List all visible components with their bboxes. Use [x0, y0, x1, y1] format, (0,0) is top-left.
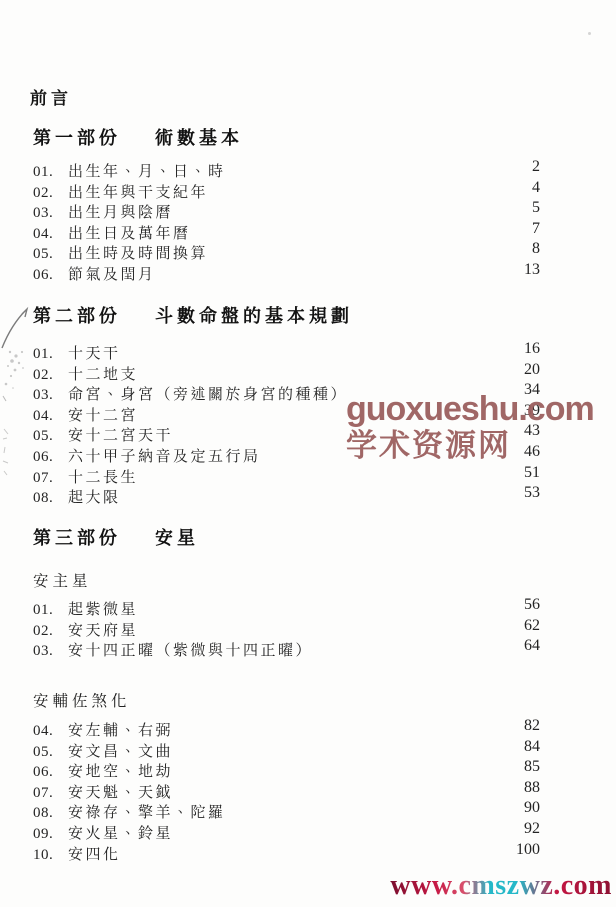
- item-number: 02.: [33, 622, 68, 640]
- item-number: 01.: [33, 345, 68, 363]
- toc-row: 09. 安火星、鈴星 92: [33, 825, 540, 846]
- toc-row: 03. 安十四正曜（紫微與十四正曜） 64: [33, 642, 540, 663]
- item-page-number: 82: [524, 717, 540, 735]
- toc-row: 06. 安地空、地劫 85: [33, 763, 540, 784]
- item-page-number: 85: [524, 758, 540, 776]
- preface-heading: 前言: [30, 84, 72, 109]
- item-page-number: 62: [524, 617, 540, 635]
- item-title: 安十二宮: [68, 407, 524, 425]
- item-number: 08.: [33, 804, 68, 822]
- toc-row: 03. 命宮、身宮（旁述關於身宮的種種） 34: [33, 386, 540, 407]
- item-title: 安十四正曜（紫微與十四正曜）: [68, 642, 524, 660]
- toc-row: 03. 出生月與陰曆 5: [33, 204, 540, 225]
- item-number: 10.: [33, 846, 68, 864]
- part3b-rows: 04. 安左輔、右弼 82 05. 安文昌、文曲 84 06. 安地空、地劫 8…: [33, 722, 540, 866]
- item-page-number: 20: [524, 361, 540, 379]
- item-title: 安祿存、擎羊、陀羅: [68, 804, 524, 822]
- scan-speck: [588, 32, 591, 35]
- subheading-auxiliary-stars: 安輔佐煞化: [33, 689, 131, 711]
- toc-row: 02. 出生年與干支紀年 4: [33, 184, 540, 205]
- item-page-number: 4: [532, 179, 540, 197]
- part3-heading: 第三部份安星: [33, 524, 199, 550]
- toc-row: 10. 安四化 100: [33, 846, 540, 867]
- item-page-number: 92: [524, 820, 540, 838]
- toc-row: 04. 出生日及萬年曆 7: [33, 225, 540, 246]
- item-title: 安天府星: [68, 622, 524, 640]
- item-number: 04.: [33, 225, 68, 243]
- part2-rows: 01. 十天干 16 02. 十二地支 20 03. 命宮、身宮（旁述關於身宮的…: [33, 345, 540, 510]
- toc-row: 01. 出生年、月、日、時 2: [33, 163, 540, 184]
- item-page-number: 5: [532, 199, 540, 217]
- toc-row: 07. 十二長生 51: [33, 469, 540, 490]
- item-title: 出生月與陰曆: [68, 204, 532, 222]
- item-title: 十二長生: [68, 469, 524, 487]
- item-number: 01.: [33, 601, 68, 619]
- item-number: 03.: [33, 204, 68, 222]
- toc-page: 前言 第一部份術數基本 01. 出生年、月、日、時 2 02. 出生年與干支紀年…: [0, 0, 616, 907]
- part2-label: 第二部份: [33, 306, 121, 326]
- part3-title: 安星: [155, 528, 199, 548]
- part1-heading: 第一部份術數基本: [33, 124, 243, 150]
- item-title: 節氣及閏月: [68, 266, 524, 284]
- watermark-bottom-url: www.cmszwz.com: [390, 872, 612, 900]
- item-page-number: 2: [532, 158, 540, 176]
- item-title: 出生時及時間換算: [68, 245, 532, 263]
- part1-title: 術數基本: [155, 128, 243, 148]
- part3a-rows: 01. 起紫微星 56 02. 安天府星 62 03. 安十四正曜（紫微與十四正…: [33, 601, 540, 663]
- item-page-number: 16: [524, 340, 540, 358]
- item-number: 01.: [33, 163, 68, 181]
- toc-row: 06. 六十甲子納音及定五行局 46: [33, 448, 540, 469]
- part1-label: 第一部份: [33, 128, 121, 148]
- item-page-number: 39: [524, 402, 540, 420]
- item-title: 安天魁、天鉞: [68, 784, 524, 802]
- item-title: 十二地支: [68, 366, 524, 384]
- part2-title: 斗數命盤的基本規劃: [155, 306, 353, 326]
- toc-row: 05. 安文昌、文曲 84: [33, 743, 540, 764]
- item-title: 十天干: [68, 345, 524, 363]
- scan-edge-marks: [0, 425, 14, 485]
- item-title: 安十二宮天干: [68, 427, 524, 445]
- item-title: 安四化: [68, 846, 516, 864]
- item-number: 04.: [33, 722, 68, 740]
- toc-row: 08. 安祿存、擎羊、陀羅 90: [33, 804, 540, 825]
- item-number: 06.: [33, 266, 68, 284]
- item-title: 命宮、身宮（旁述關於身宮的種種）: [68, 386, 524, 404]
- item-page-number: 8: [532, 240, 540, 258]
- item-number: 06.: [33, 448, 68, 466]
- item-number: 03.: [33, 642, 68, 660]
- item-title: 安火星、鈴星: [68, 825, 524, 843]
- item-title: 安地空、地劫: [68, 763, 524, 781]
- item-title: 出生年與干支紀年: [68, 184, 532, 202]
- item-page-number: 7: [532, 220, 540, 238]
- item-number: 05.: [33, 743, 68, 761]
- part1-rows: 01. 出生年、月、日、時 2 02. 出生年與干支紀年 4 03. 出生月與陰…: [33, 163, 540, 287]
- item-page-number: 51: [524, 464, 540, 482]
- item-number: 06.: [33, 763, 68, 781]
- item-page-number: 56: [524, 596, 540, 614]
- part2-heading: 第二部份斗數命盤的基本規劃: [33, 302, 353, 328]
- item-title: 出生年、月、日、時: [68, 163, 532, 181]
- toc-row: 02. 十二地支 20: [33, 366, 540, 387]
- item-page-number: 100: [516, 841, 540, 859]
- item-page-number: 84: [524, 738, 540, 756]
- item-page-number: 64: [524, 637, 540, 655]
- item-number: 05.: [33, 245, 68, 263]
- item-title: 安文昌、文曲: [68, 743, 524, 761]
- toc-row: 01. 起紫微星 56: [33, 601, 540, 622]
- item-page-number: 90: [524, 799, 540, 817]
- item-number: 03.: [33, 386, 68, 404]
- toc-row: 02. 安天府星 62: [33, 622, 540, 643]
- toc-row: 01. 十天干 16: [33, 345, 540, 366]
- item-page-number: 34: [524, 381, 540, 399]
- item-title: 出生日及萬年曆: [68, 225, 532, 243]
- toc-row: 05. 出生時及時間換算 8: [33, 245, 540, 266]
- toc-row: 06. 節氣及閏月 13: [33, 266, 540, 287]
- item-number: 02.: [33, 366, 68, 384]
- item-page-number: 46: [524, 443, 540, 461]
- item-page-number: 88: [524, 779, 540, 797]
- item-number: 08.: [33, 489, 68, 507]
- item-number: 05.: [33, 427, 68, 445]
- item-number: 02.: [33, 184, 68, 202]
- toc-row: 04. 安十二宮 39: [33, 407, 540, 428]
- item-number: 04.: [33, 407, 68, 425]
- subheading-main-stars: 安主星: [33, 569, 92, 591]
- item-page-number: 43: [524, 422, 540, 440]
- item-page-number: 13: [524, 261, 540, 279]
- toc-row: 04. 安左輔、右弼 82: [33, 722, 540, 743]
- item-title: 起紫微星: [68, 601, 524, 619]
- item-page-number: 53: [524, 484, 540, 502]
- item-title: 起大限: [68, 489, 524, 507]
- item-number: 09.: [33, 825, 68, 843]
- toc-row: 05. 安十二宮天干 43: [33, 427, 540, 448]
- toc-row: 08. 起大限 53: [33, 489, 540, 510]
- part3-label: 第三部份: [33, 528, 121, 548]
- item-number: 07.: [33, 784, 68, 802]
- item-title: 六十甲子納音及定五行局: [68, 448, 524, 466]
- toc-row: 07. 安天魁、天鉞 88: [33, 784, 540, 805]
- item-title: 安左輔、右弼: [68, 722, 524, 740]
- item-number: 07.: [33, 469, 68, 487]
